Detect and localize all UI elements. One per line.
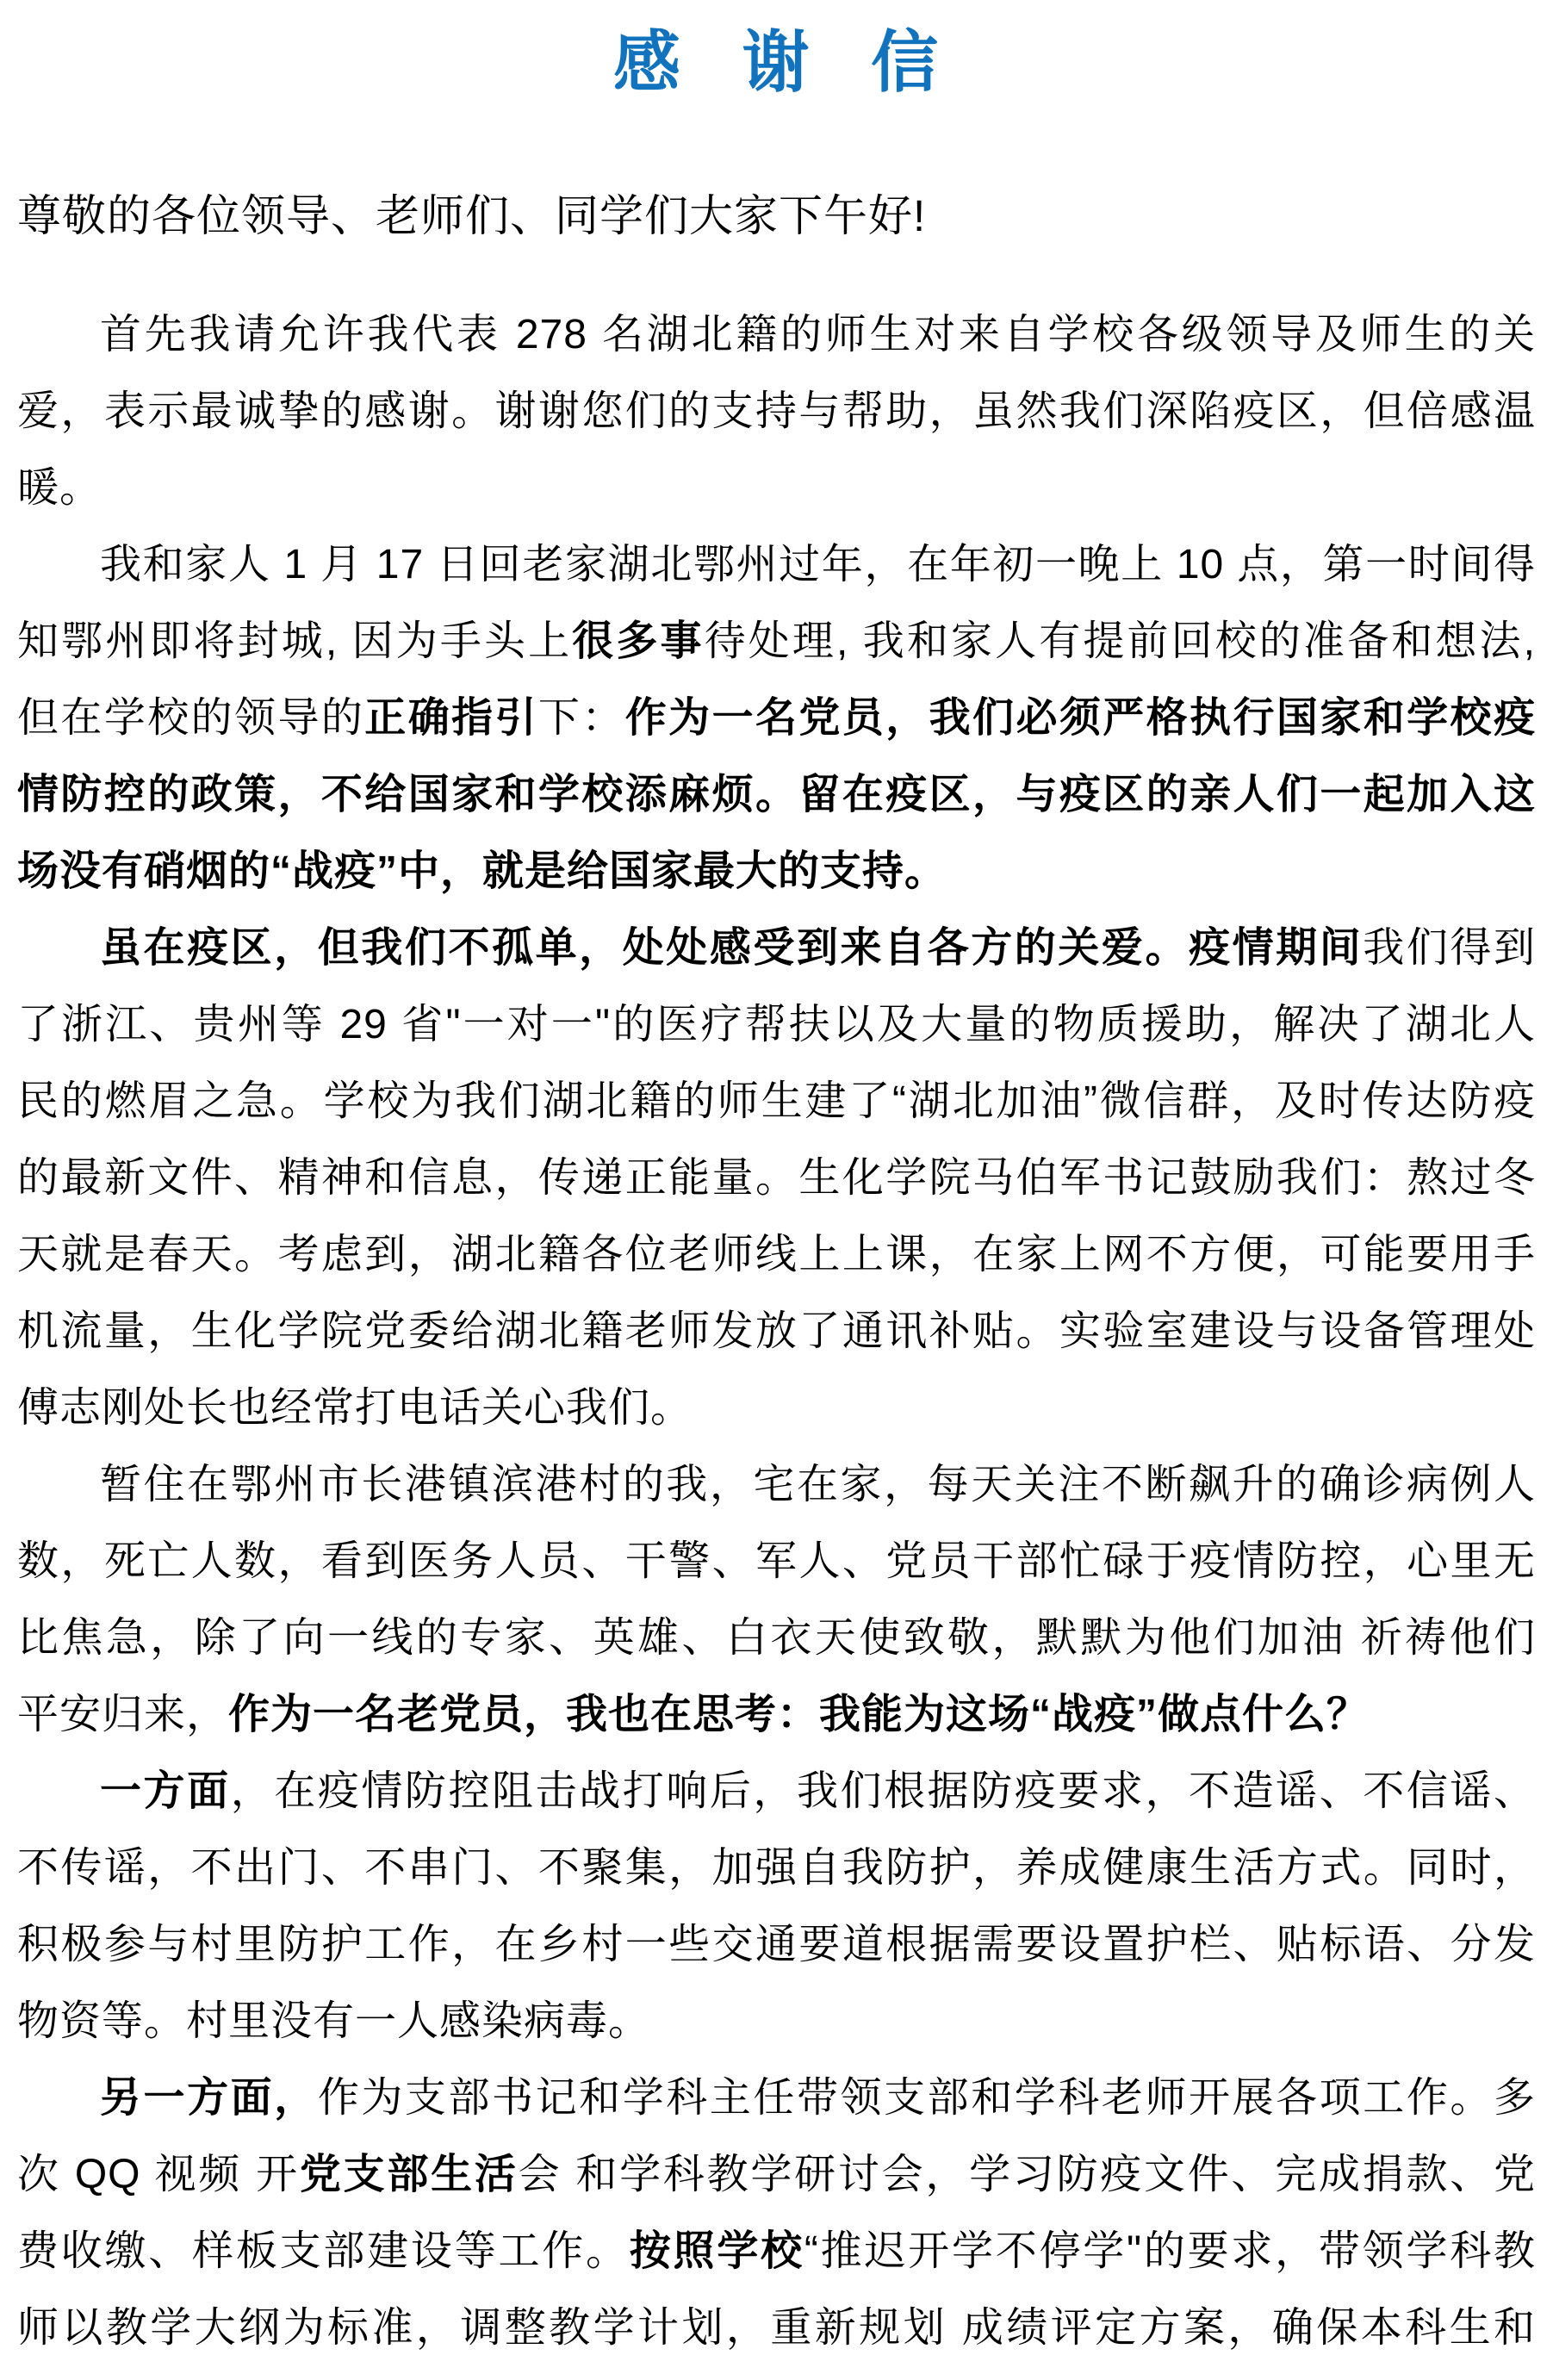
text-line: 积极参与村里防护工作，在乡村一些交通要道根据需要设置护栏、贴标语、分发 <box>17 1906 1536 1983</box>
text-line: 知鄂州即将封城, 因为手头上很多事待处理, 我和家人有提前回校的准备和想法, <box>17 603 1536 680</box>
text-line: 虽在疫区，但我们不孤单，处处感受到来自各方的关爱。疫情期间我们得到 <box>17 910 1536 986</box>
text-line: 一方面，在疫情防控阻击战打响后，我们根据防疫要求，不造谣、不信谣、 <box>17 1753 1536 1830</box>
text-line: 比焦急，除了向一线的专家、英雄、白衣天使致敬，默默为他们加油 祈祷他们 <box>17 1600 1536 1676</box>
text-line: 物资等。村里没有一人感染病毒。 <box>17 1983 1536 2060</box>
text-line: 民的燃眉之急。学校为我们湖北籍的师生建了“湖北加油”微信群，及时传达防疫 <box>17 1063 1536 1140</box>
text-line: 费收缴、样板支部建设等工作。按照学校“推迟开学不停学"的要求，带领学科教 <box>17 2213 1536 2290</box>
text-line: 机流量，生化学院党委给湖北籍老师发放了通讯补贴。实验室建设与设备管理处 <box>17 1293 1536 1370</box>
text-line: 天就是春天。考虑到，湖北籍各位老师线上上课，在家上网不方便，可能要用手 <box>17 1216 1536 1293</box>
text-line: 不传谣，不出门、不串门、不聚集，加强自我防护，养成健康生活方式。同时， <box>17 1830 1536 1906</box>
text-line: 暂住在鄂州市长港镇滨港村的我，宅在家，每天关注不断飙升的确诊病例人 <box>17 1446 1536 1523</box>
text-line: 数，死亡人数，看到医务人员、干警、军人、党员干部忙碌于疫情防控，心里无 <box>17 1523 1536 1600</box>
text-line: 的最新文件、精神和信息，传递正能量。生化学院马伯军书记鼓励我们：熬过冬 <box>17 1140 1536 1216</box>
text-line: 另一方面，作为支部书记和学科主任带领支部和学科老师开展各项工作。多 <box>17 2060 1536 2136</box>
text-line: 情防控的政策，不给国家和学校添麻烦。留在疫区，与疫区的亲人们一起加入这 <box>17 756 1536 833</box>
text-line: 首先我请允许我代表 278 名湖北籍的师生对来自学校各级领导及师生的关 <box>17 296 1536 373</box>
text-line: 了浙江、贵州等 29 省"一对一"的医疗帮扶以及大量的物质援助，解决了湖北人 <box>17 986 1536 1063</box>
text-line: 次 QQ 视频 开党支部生活会 和学科教学研讨会，学习防疫文件、完成捐款、党 <box>17 2136 1536 2213</box>
text-line: 我和家人 1 月 17 日回老家湖北鄂州过年，在年初一晚上 10 点，第一时间得 <box>17 526 1536 603</box>
text-line: 但在学校的领导的正确指引下：作为一名党员，我们必须严格执行国家和学校疫 <box>17 680 1536 756</box>
text-line: 暖。 <box>17 450 1536 526</box>
text-line: 场没有硝烟的“战疫”中，就是给国家最大的支持。 <box>17 833 1536 910</box>
letter-body: 首先我请允许我代表 278 名湖北籍的师生对来自学校各级领导及师生的关爱，表示最… <box>17 296 1536 2366</box>
text-line: 平安归来，作为一名老党员，我也在思考：我能为这场“战疫”做点什么？ <box>17 1676 1536 1753</box>
letter-title: 感 谢 信 <box>17 22 1536 103</box>
text-line: 傅志刚处长也经常打电话关心我们。 <box>17 1370 1536 1446</box>
letter-greeting: 尊敬的各位领导、老师们、同学们大家下午好! <box>17 190 1536 243</box>
text-line: 爱，表示最诚挚的感谢。谢谢您们的支持与帮助，虽然我们深陷疫区，但倍感温 <box>17 373 1536 450</box>
letter-page: 感 谢 信 尊敬的各位领导、老师们、同学们大家下午好! 首先我请允许我代表 27… <box>0 0 1553 2380</box>
text-line: 师以教学大纲为标准，调整教学计划，重新规划 成绩评定方案，确保本科生和 <box>17 2290 1536 2366</box>
